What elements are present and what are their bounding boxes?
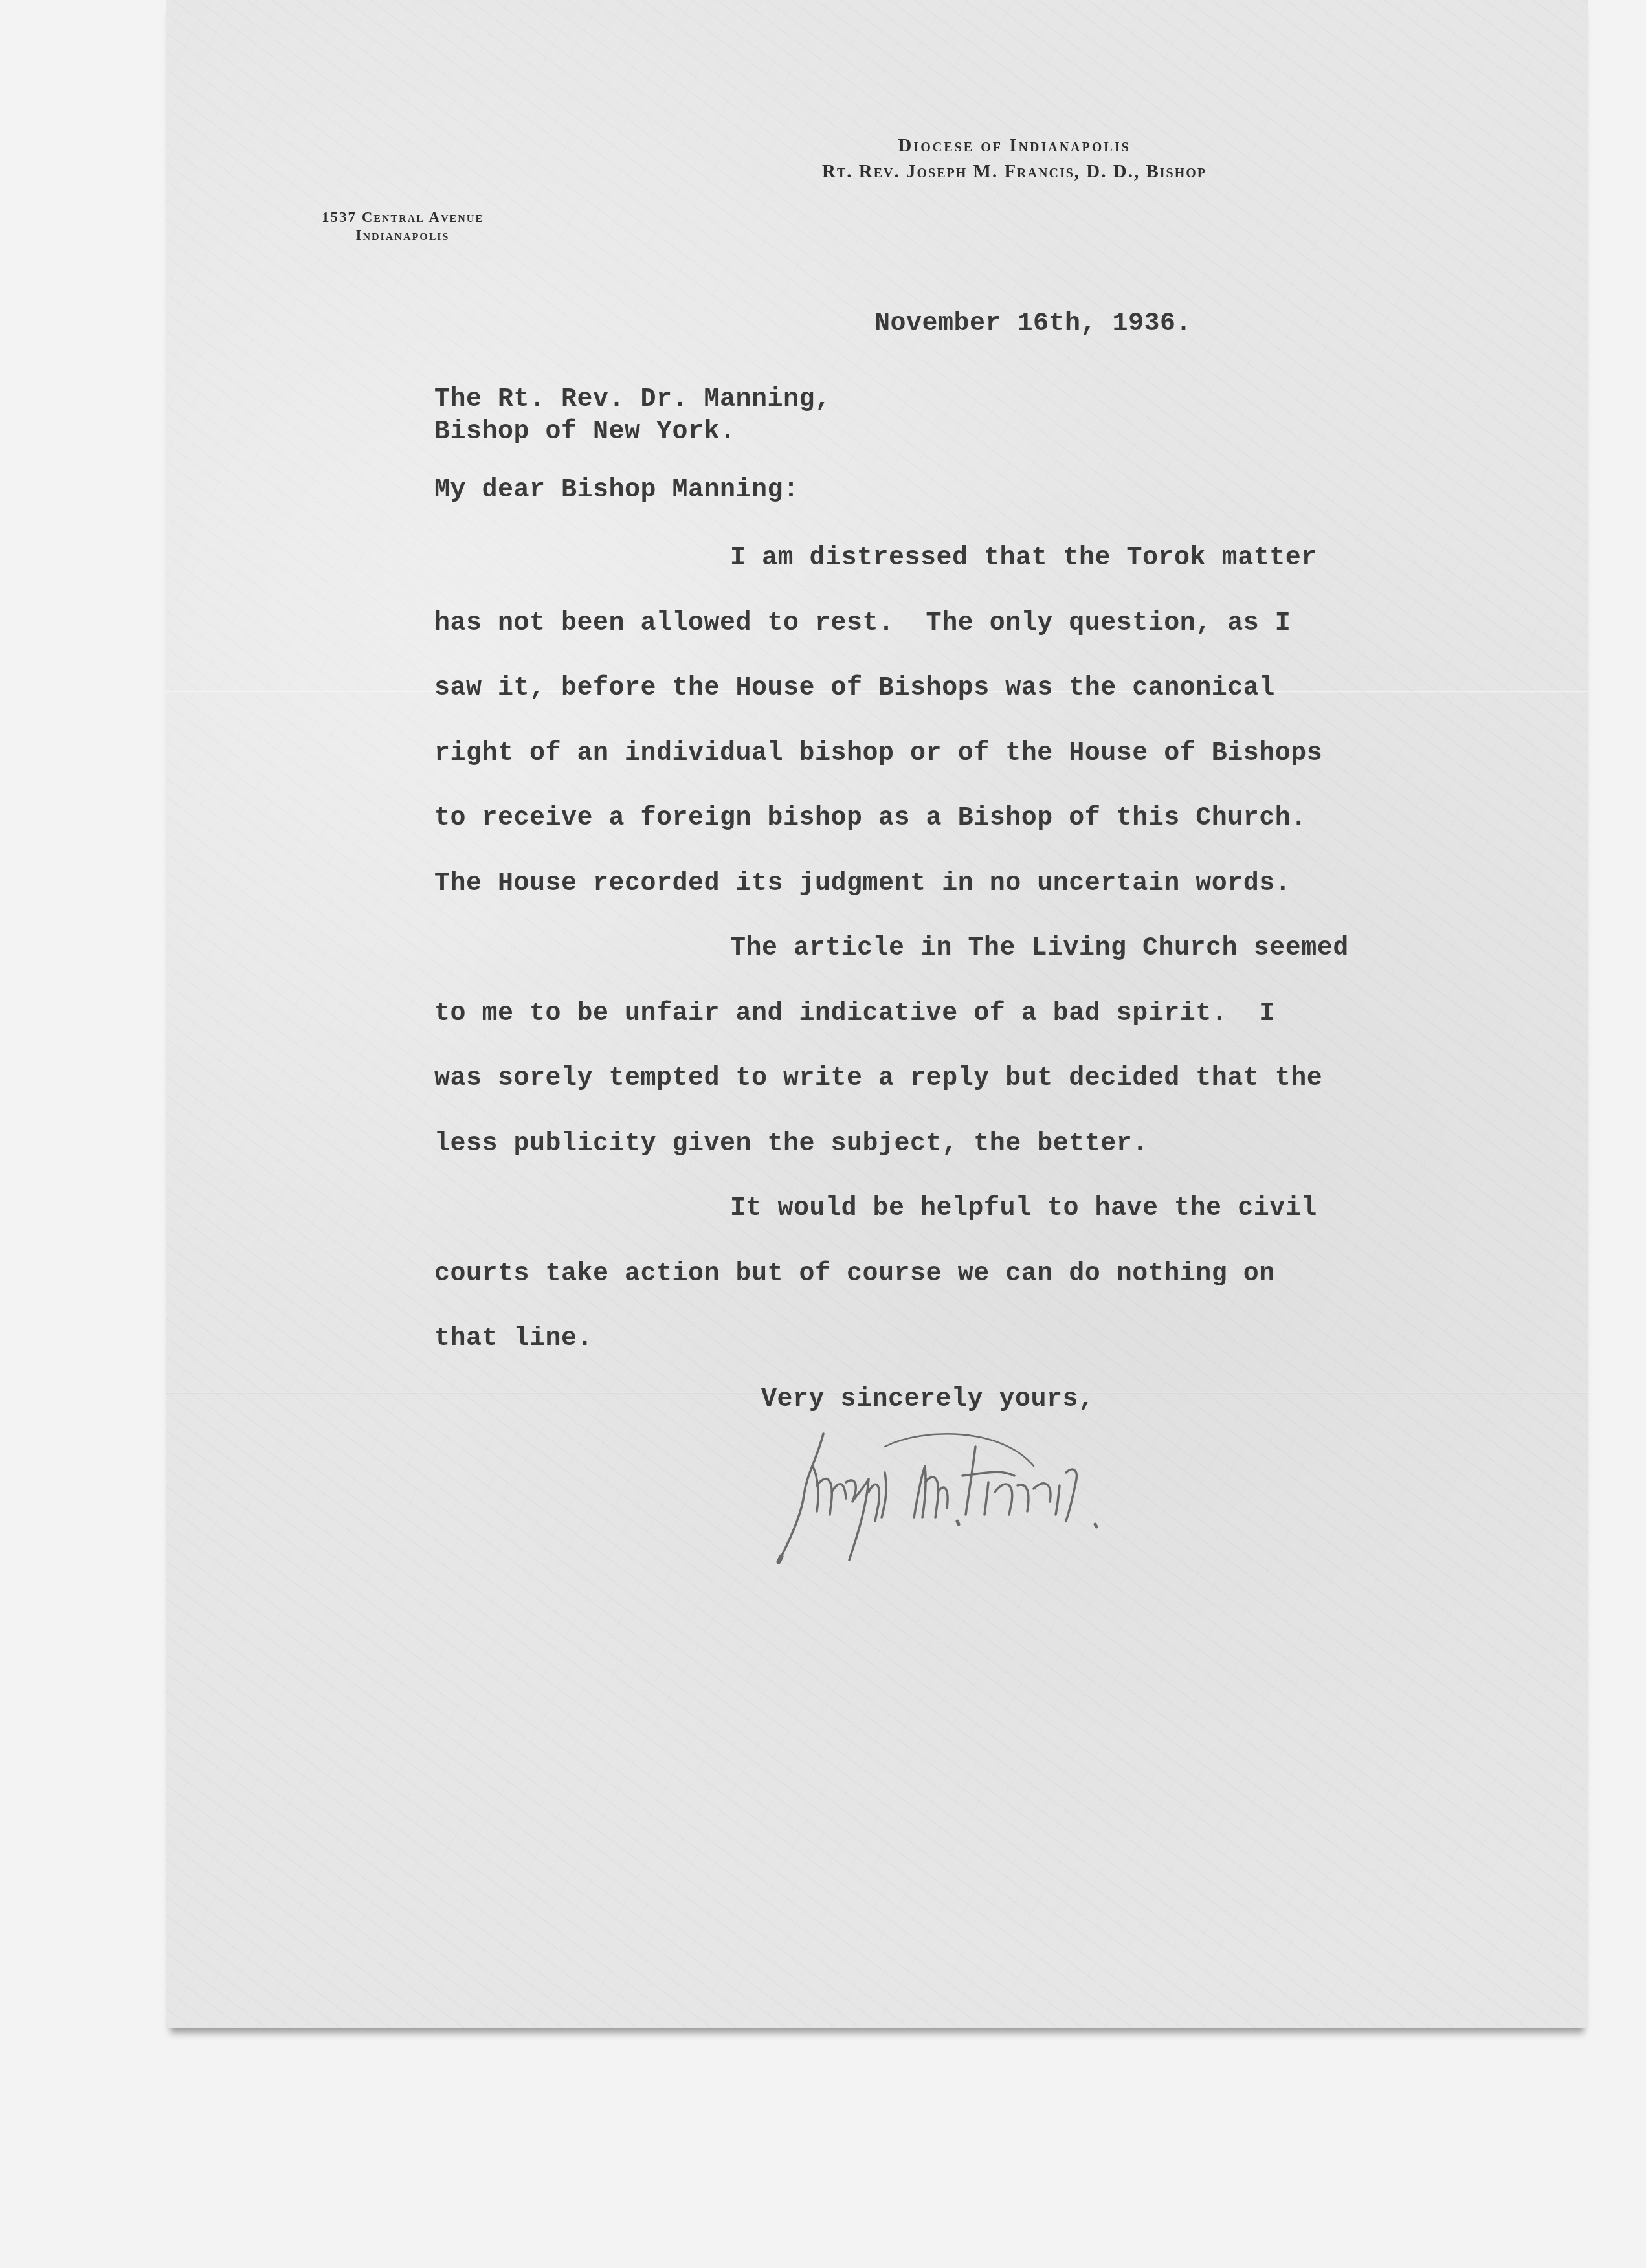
paragraph-first-line: I am distressed that the Torok matter (730, 544, 1317, 573)
letter-sheet: Diocese of Indianapolis Rt. Rev. Joseph … (166, 0, 1588, 2028)
closing: Very sincerely yours, (761, 1385, 1095, 1414)
body-line: that line. (434, 1324, 593, 1353)
body-line: The House recorded its judgment in no un… (434, 869, 1291, 898)
body-line: courts take action but of course we can … (434, 1260, 1275, 1289)
body-line: saw it, before the House of Bishops was … (434, 674, 1275, 703)
body-line: to receive a foreign bishop as a Bishop … (434, 804, 1307, 833)
body-line: was sorely tempted to write a reply but … (434, 1064, 1322, 1093)
address-city: Indianapolis (267, 227, 539, 245)
letterhead: Diocese of Indianapolis Rt. Rev. Joseph … (658, 133, 1370, 184)
addressee-line: The Rt. Rev. Dr. Manning, (434, 384, 831, 416)
signature (755, 1421, 1247, 1570)
letterhead-organization: Diocese of Indianapolis (658, 133, 1370, 159)
letter-date: November 16th, 1936. (874, 309, 1192, 339)
body-line: has not been allowed to rest. The only q… (434, 609, 1291, 638)
body-line: to me to be unfair and indicative of a b… (434, 999, 1275, 1028)
salutation: My dear Bishop Manning: (434, 476, 799, 505)
letterhead-bishop: Rt. Rev. Joseph M. Francis, D. D., Bisho… (658, 159, 1370, 184)
paragraph-first-line: The article in The Living Church seemed (730, 934, 1349, 963)
addressee-line: Bishop of New York. (434, 416, 831, 449)
body-line: right of an individual bishop or of the … (434, 739, 1322, 768)
letterhead-address: 1537 Central Avenue Indianapolis (267, 208, 539, 245)
address-street: 1537 Central Avenue (267, 208, 539, 227)
addressee-block: The Rt. Rev. Dr. Manning, Bishop of New … (434, 384, 831, 449)
body-line: less publicity given the subject, the be… (434, 1129, 1148, 1159)
paragraph-first-line: It would be helpful to have the civil (730, 1194, 1317, 1223)
